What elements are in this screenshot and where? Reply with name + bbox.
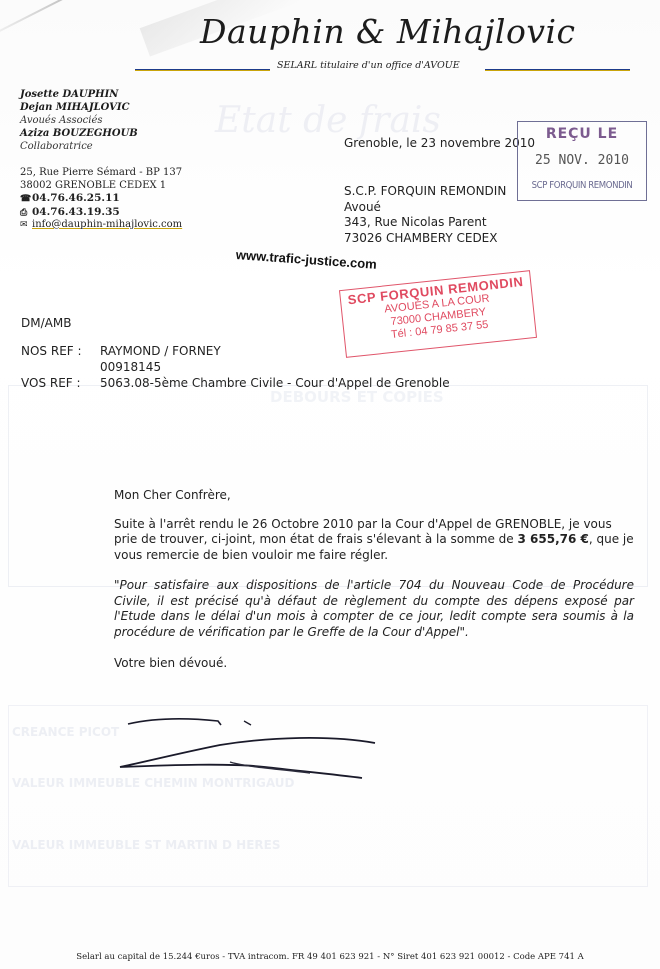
phone-row: ☎04.76.46.25.11: [20, 192, 182, 206]
fax-icon: ⎙: [20, 207, 30, 220]
address-line: 38002 GRENOBLE CEDEX 1: [20, 180, 182, 193]
letter-body: Mon Cher Confrère, Suite à l'arrêt rendu…: [114, 488, 634, 671]
salutation: Mon Cher Confrère,: [114, 488, 634, 504]
partner-name: Josette DAUPHIN: [20, 88, 138, 101]
phone-number: 04.76.46.25.11: [32, 192, 120, 204]
letter-date: Grenoble, le 23 novembre 2010: [344, 136, 535, 150]
tagline: SELARL titulaire d'un office d'AVOUE: [277, 60, 460, 71]
tagline-rule-left: [135, 69, 270, 71]
address-line: 25, Rue Pierre Sémard - BP 137: [20, 167, 182, 180]
partner-name: Dejan MIHAJLOVIC: [20, 101, 138, 114]
tagline-row: SELARL titulaire d'un office d'AVOUE: [135, 58, 630, 78]
initials: DM/AMB: [21, 316, 71, 330]
collaborator-role: Collaboratrice: [20, 140, 138, 153]
legal-footer: Selarl au capital de 15.244 €uros - TVA …: [0, 952, 660, 962]
recipient-name: S.C.P. FORQUIN REMONDIN: [344, 184, 506, 200]
telephone-icon: ☎: [20, 193, 30, 206]
partners-role: Avoués Associés: [20, 114, 138, 127]
received-stamp: REÇU LE 25 NOV. 2010 SCP FORQUIN REMONDI…: [517, 121, 647, 201]
envelope-icon: ✉: [20, 219, 30, 232]
email-link[interactable]: info@dauphin-mihajlovic.com: [32, 219, 182, 230]
firm-name: Dauphin & Mihajlovic: [200, 12, 576, 51]
nos-ref-label: NOS REF :: [21, 344, 82, 358]
firm-address: 25, Rue Pierre Sémard - BP 137 38002 GRE…: [20, 167, 182, 232]
nos-ref-number: 00918145: [100, 360, 161, 374]
legal-notice: "Pour satisfaire aux dispositions de l'a…: [114, 578, 634, 641]
fax-row: ⎙04.76.43.19.35: [20, 206, 182, 220]
fax-number: 04.76.43.19.35: [32, 206, 120, 218]
vos-ref-label: VOS REF :: [21, 376, 81, 390]
collaborator-name: Aziza BOUZEGHOUB: [20, 127, 138, 140]
firm-stamp: SCP FORQUIN REMONDIN AVOUÉS A LA COUR 73…: [339, 270, 537, 358]
watermark: www.trafic-justice.com: [235, 247, 377, 272]
email-row: ✉info@dauphin-mihajlovic.com: [20, 219, 182, 232]
received-stamp-date: 25 NOV. 2010: [518, 153, 646, 168]
closing: Votre bien dévoué.: [114, 656, 634, 672]
vos-ref-value: 5063.08-5ème Chambre Civile - Cour d'App…: [100, 376, 450, 390]
recipient-title: Avoué: [344, 200, 506, 216]
recipient-street: 343, Rue Nicolas Parent: [344, 215, 506, 231]
amount-due: 3 655,76 €: [518, 532, 589, 546]
tagline-rule-right: [485, 69, 630, 71]
nos-ref-value: RAYMOND / FORNEY: [100, 344, 221, 358]
show-through-title: Etat de frais: [215, 100, 441, 141]
body-paragraph: Suite à l'arrêt rendu le 26 Octobre 2010…: [114, 517, 634, 564]
handwritten-signature: [110, 715, 390, 785]
received-stamp-heading: REÇU LE: [518, 126, 646, 142]
letter-page: Etat de frais DEBOURS ET COPIES CREANCE …: [0, 0, 660, 969]
recipient-city: 73026 CHAMBERY CEDEX: [344, 231, 506, 247]
recipient-address: S.C.P. FORQUIN REMONDIN Avoué 343, Rue N…: [344, 184, 506, 246]
partners-block: Josette DAUPHIN Dejan MIHAJLOVIC Avoués …: [20, 88, 138, 153]
received-stamp-firm: SCP FORQUIN REMONDIN: [518, 180, 646, 191]
